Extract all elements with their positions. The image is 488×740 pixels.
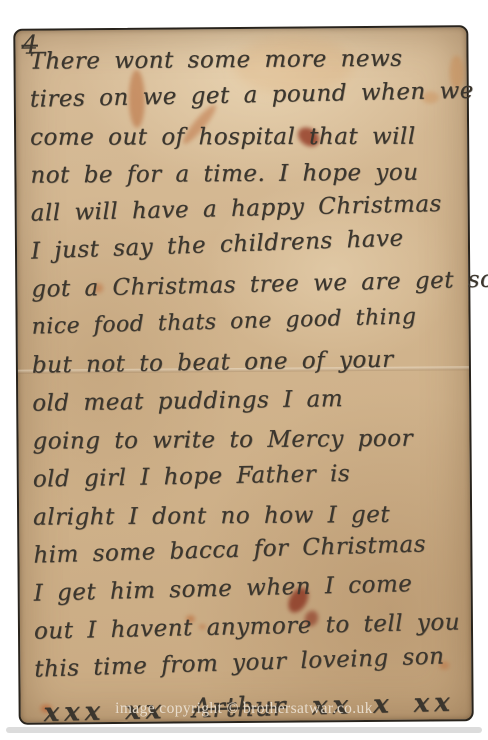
letter-paper: 4 There wont some more news tires on we … (13, 25, 473, 725)
letter-line: come out of hospital that will (30, 118, 459, 157)
letter-line: but not to beat one of your (32, 340, 462, 385)
letter-line: old girl I hope Father is (32, 453, 462, 499)
letter-line: old meat puddings I am (32, 378, 462, 422)
copyright-watermark: image copyright © brothersatwar.co.uk (0, 700, 488, 718)
letter-line: tires on we get a pound when we (29, 72, 459, 119)
handwritten-text: There wont some more news tires on we ge… (29, 39, 463, 728)
